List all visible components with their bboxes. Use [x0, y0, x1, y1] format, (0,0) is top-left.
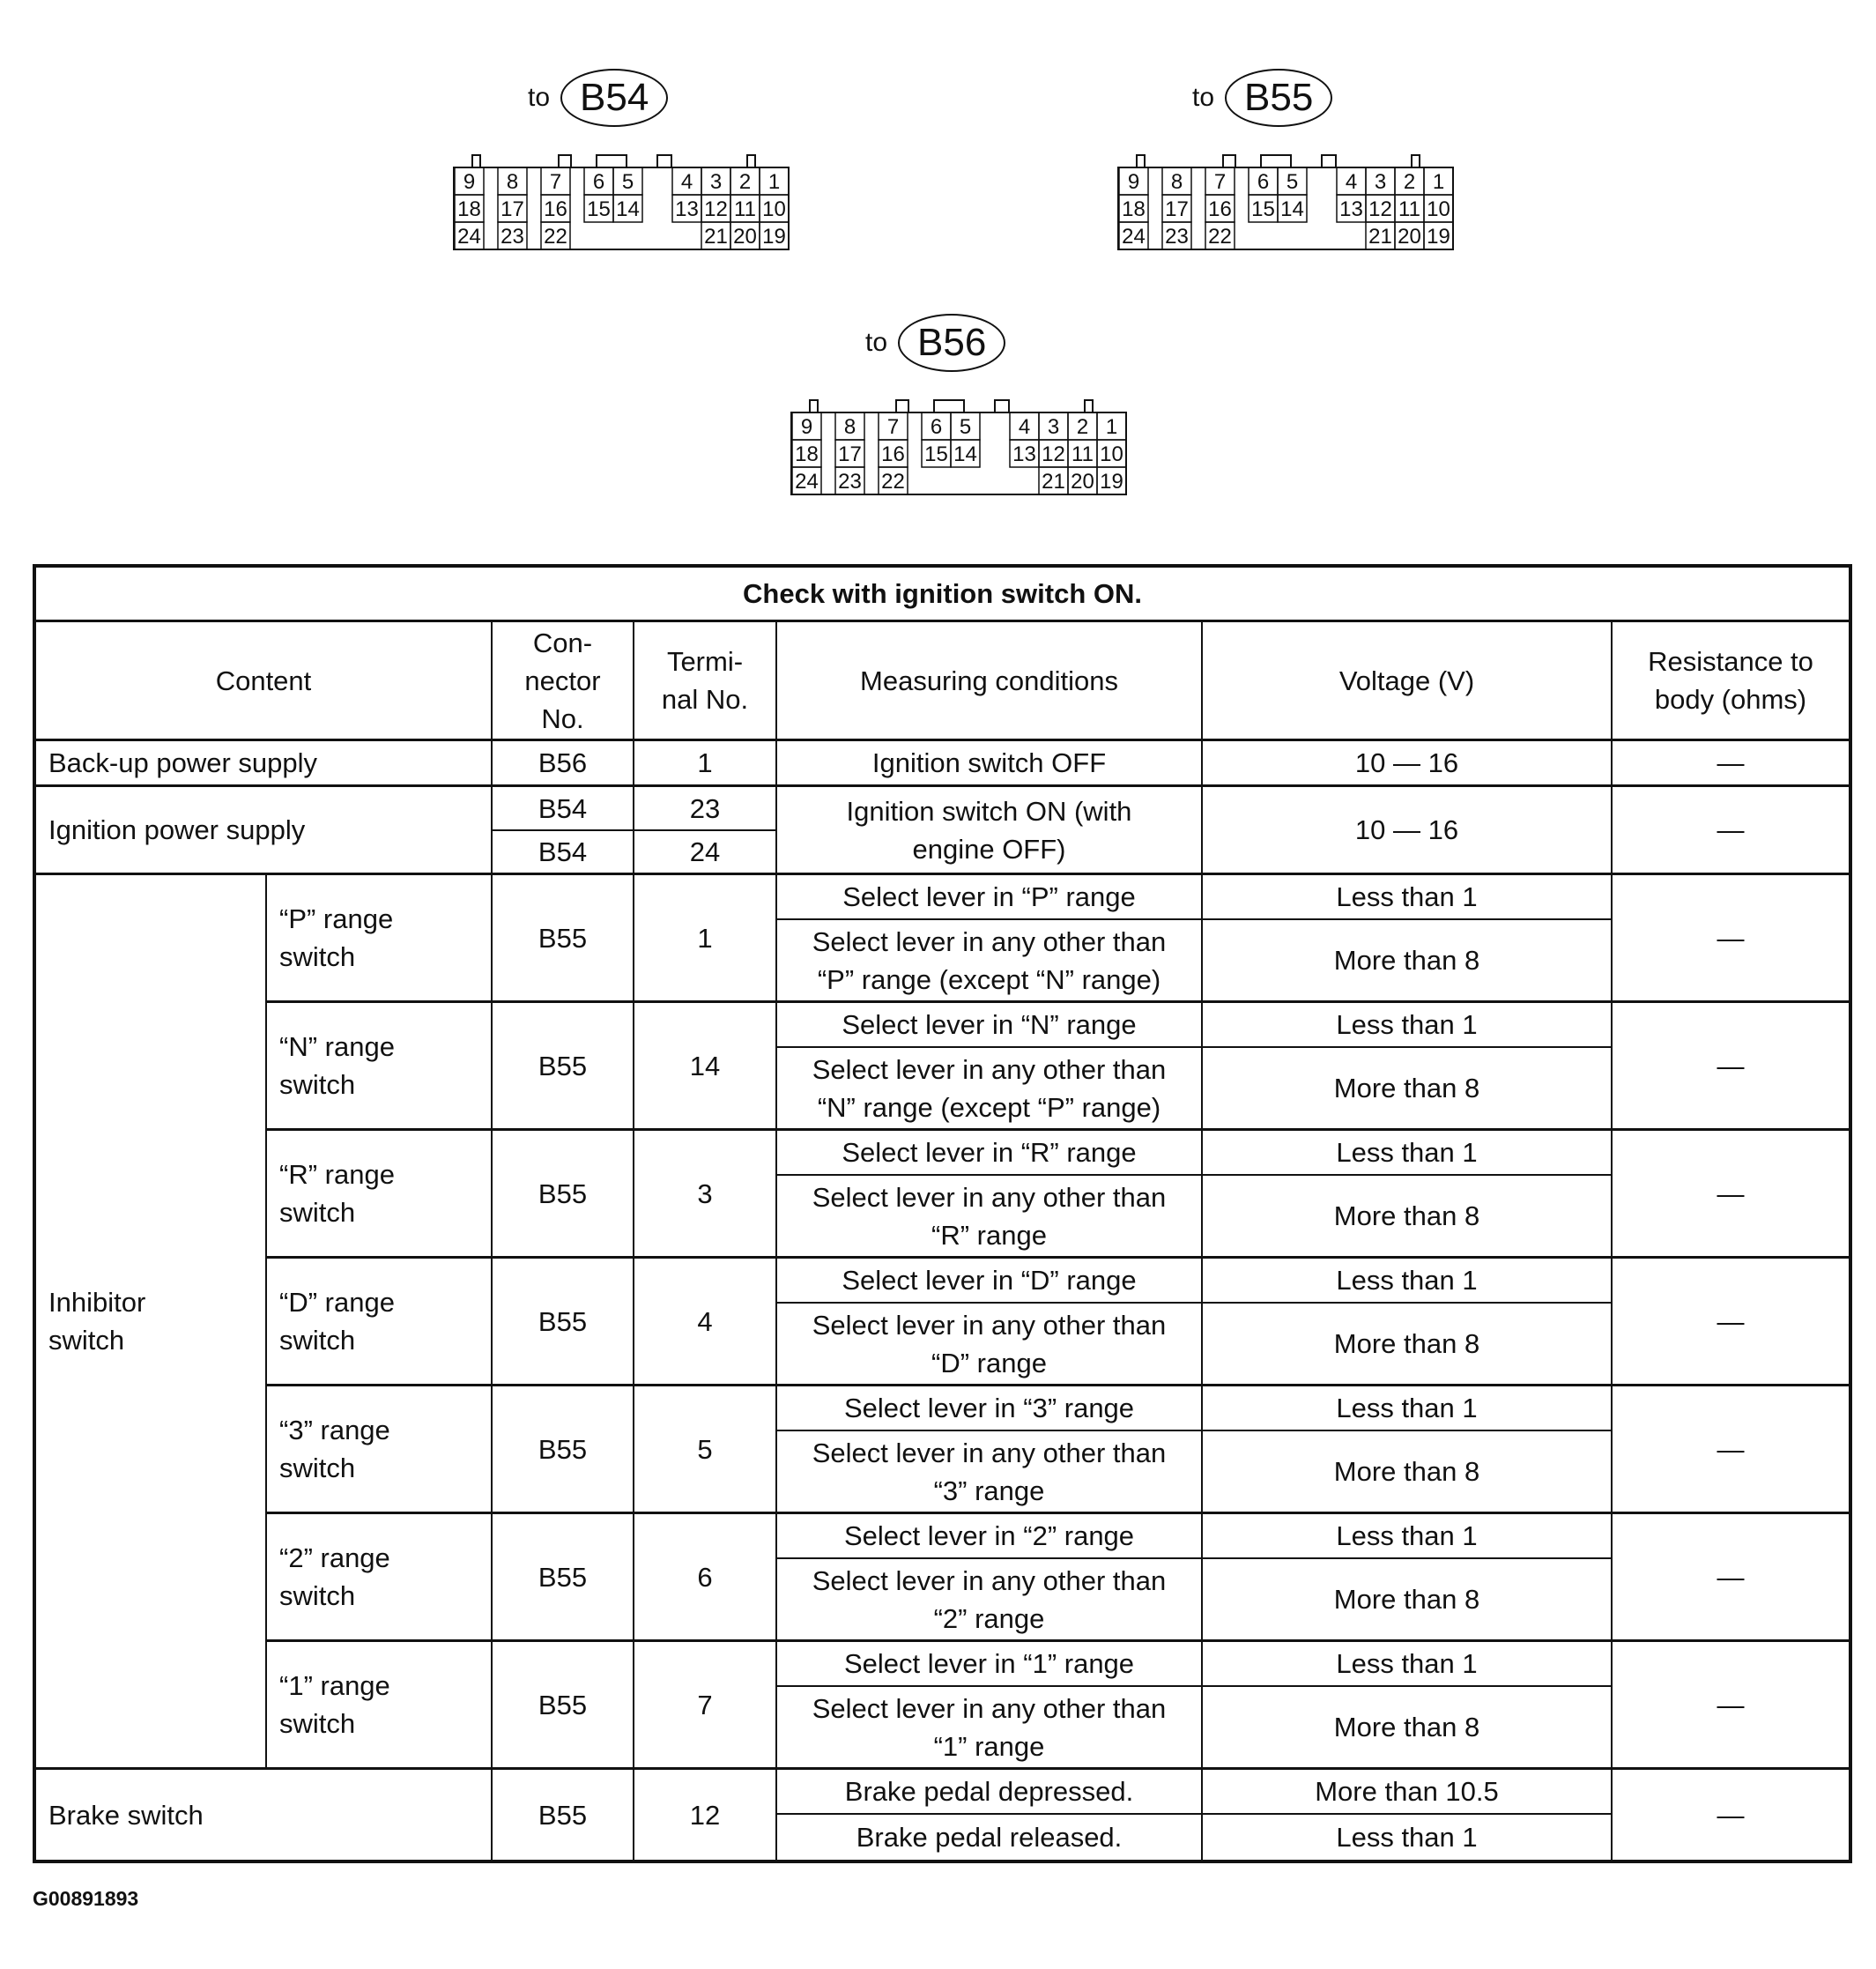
connector-label: to B55	[1192, 69, 1332, 127]
range-voltage-other: More than 8	[1203, 920, 1613, 1003]
connector-label: to B56	[865, 314, 1005, 372]
svg-text:23: 23	[501, 225, 524, 249]
range-switch-name: “2” range switch	[267, 1514, 493, 1642]
connector-id-badge: B54	[560, 69, 668, 127]
row-ignition-voltage: 10 — 16	[1203, 787, 1613, 875]
svg-text:17: 17	[501, 197, 524, 221]
range-switch-terminal: 6	[634, 1514, 777, 1642]
brake-switch-terminal: 12	[634, 1770, 777, 1860]
svg-text:15: 15	[1251, 197, 1275, 221]
range-switch-resistance: —	[1613, 1259, 1849, 1386]
range-switch-name: “3” range switch	[267, 1386, 493, 1514]
range-switch-resistance: —	[1613, 875, 1849, 1003]
header-content: Content	[36, 622, 493, 741]
svg-text:12: 12	[1042, 442, 1065, 466]
row-ignition-connector: B54	[493, 831, 634, 875]
svg-text:5: 5	[1287, 170, 1298, 194]
svg-text:1: 1	[1106, 415, 1117, 439]
svg-text:2: 2	[1077, 415, 1088, 439]
svg-text:8: 8	[1171, 170, 1183, 194]
range-condition-selected: Select lever in “2” range	[777, 1514, 1203, 1559]
range-condition-selected: Select lever in “3” range	[777, 1386, 1203, 1431]
row-ignition-connector: B54	[493, 787, 634, 831]
svg-text:9: 9	[801, 415, 812, 439]
range-switch-name: “1” range switch	[267, 1642, 493, 1770]
svg-text:7: 7	[887, 415, 899, 439]
svg-text:8: 8	[844, 415, 856, 439]
range-switch-terminal: 1	[634, 875, 777, 1003]
range-condition-selected: Select lever in “D” range	[777, 1259, 1203, 1304]
range-switch-terminal: 14	[634, 1003, 777, 1131]
row-backup-connector: B56	[493, 741, 634, 787]
brake-voltage-depressed: More than 10.5	[1203, 1770, 1613, 1815]
range-voltage-other: More than 8	[1203, 1304, 1613, 1386]
range-switch-connector: B55	[493, 875, 634, 1003]
figure-id: G00891893	[33, 1887, 138, 1911]
svg-text:7: 7	[1214, 170, 1226, 194]
svg-text:14: 14	[953, 442, 977, 466]
connector-id-badge: B55	[1225, 69, 1332, 127]
svg-text:4: 4	[681, 170, 693, 194]
range-switch-connector: B55	[493, 1642, 634, 1770]
range-condition-selected: Select lever in “1” range	[777, 1642, 1203, 1687]
connector-id-badge: B56	[898, 314, 1005, 372]
svg-text:24: 24	[795, 470, 819, 494]
svg-text:6: 6	[593, 170, 604, 194]
svg-text:10: 10	[762, 197, 786, 221]
svg-text:21: 21	[704, 225, 728, 249]
svg-text:12: 12	[704, 197, 728, 221]
range-switch-terminal: 4	[634, 1259, 777, 1386]
range-condition-other: Select lever in any other than “2” range	[777, 1559, 1203, 1642]
header-measuring-conditions: Measuring conditions	[777, 622, 1203, 741]
svg-text:10: 10	[1427, 197, 1450, 221]
svg-text:9: 9	[1128, 170, 1139, 194]
range-voltage-other: More than 8	[1203, 1176, 1613, 1259]
range-condition-other: Select lever in any other than “N” range…	[777, 1048, 1203, 1131]
svg-text:22: 22	[1208, 225, 1232, 249]
svg-text:12: 12	[1368, 197, 1392, 221]
svg-text:21: 21	[1368, 225, 1392, 249]
svg-text:16: 16	[881, 442, 905, 466]
range-condition-other: Select lever in any other than “1” range	[777, 1687, 1203, 1770]
svg-text:22: 22	[881, 470, 905, 494]
range-switch-terminal: 3	[634, 1131, 777, 1259]
connector-label: to B54	[528, 69, 668, 127]
svg-text:2: 2	[1404, 170, 1415, 194]
svg-text:13: 13	[1339, 197, 1363, 221]
svg-text:16: 16	[544, 197, 567, 221]
svg-text:6: 6	[1257, 170, 1269, 194]
row-ignition-terminal: 24	[634, 831, 777, 875]
range-switch-resistance: —	[1613, 1386, 1849, 1514]
svg-text:18: 18	[795, 442, 819, 466]
svg-text:19: 19	[1100, 470, 1123, 494]
svg-text:3: 3	[1048, 415, 1059, 439]
range-switch-connector: B55	[493, 1131, 634, 1259]
table-title: Check with ignition switch ON.	[36, 568, 1849, 622]
svg-text:17: 17	[838, 442, 862, 466]
svg-text:22: 22	[544, 225, 567, 249]
range-voltage-selected: Less than 1	[1203, 1131, 1613, 1176]
svg-text:20: 20	[733, 225, 757, 249]
range-switch-resistance: —	[1613, 1003, 1849, 1131]
range-condition-other: Select lever in any other than “D” range	[777, 1304, 1203, 1386]
svg-text:11: 11	[1071, 442, 1094, 466]
svg-text:24: 24	[1122, 225, 1146, 249]
row-ignition-terminal: 23	[634, 787, 777, 831]
svg-text:4: 4	[1019, 415, 1030, 439]
svg-text:9: 9	[463, 170, 475, 194]
header-terminal-no: Termi- nal No.	[634, 622, 777, 741]
connector-prefix: to	[528, 83, 550, 113]
table-grid: ContentCon- nector No.Termi- nal No.Meas…	[36, 622, 1849, 1860]
row-backup-voltage: 10 — 16	[1203, 741, 1613, 787]
row-backup-content: Back-up power supply	[36, 741, 493, 787]
row-ignition-condition: Ignition switch ON (with engine OFF)	[777, 787, 1203, 875]
svg-text:11: 11	[734, 197, 756, 221]
svg-text:17: 17	[1165, 197, 1189, 221]
svg-text:24: 24	[457, 225, 481, 249]
range-switch-terminal: 5	[634, 1386, 777, 1514]
range-voltage-selected: Less than 1	[1203, 1259, 1613, 1304]
brake-switch-label: Brake switch	[36, 1770, 493, 1860]
svg-text:14: 14	[1280, 197, 1304, 221]
svg-text:20: 20	[1398, 225, 1421, 249]
range-voltage-selected: Less than 1	[1203, 1514, 1613, 1559]
svg-text:21: 21	[1042, 470, 1065, 494]
brake-voltage-released: Less than 1	[1203, 1815, 1613, 1860]
range-voltage-other: More than 8	[1203, 1048, 1613, 1131]
header-resistance: Resistance to body (ohms)	[1613, 622, 1849, 741]
brake-condition-depressed: Brake pedal depressed.	[777, 1770, 1203, 1815]
range-switch-resistance: —	[1613, 1131, 1849, 1259]
range-switch-connector: B55	[493, 1514, 634, 1642]
range-switch-name: “R” range switch	[267, 1131, 493, 1259]
svg-text:4: 4	[1346, 170, 1357, 194]
connector-pin-layout: 987654321181716151413121110242322212019	[1117, 155, 1443, 243]
range-switch-resistance: —	[1613, 1514, 1849, 1642]
svg-text:3: 3	[1375, 170, 1386, 194]
svg-text:5: 5	[960, 415, 971, 439]
svg-text:10: 10	[1100, 442, 1123, 466]
range-voltage-other: More than 8	[1203, 1431, 1613, 1514]
svg-text:8: 8	[507, 170, 518, 194]
range-condition-other: Select lever in any other than “P” range…	[777, 920, 1203, 1003]
header-connector-no: Con- nector No.	[493, 622, 634, 741]
connector-prefix: to	[865, 328, 887, 358]
range-condition-other: Select lever in any other than “3” range	[777, 1431, 1203, 1514]
inhibitor-switch-label: Inhibitor switch	[36, 875, 267, 1770]
row-ignition-resistance: —	[1613, 787, 1849, 875]
svg-text:7: 7	[550, 170, 561, 194]
connector-diagram-b54: to B54 987654321181716151413121110242322…	[453, 69, 779, 245]
header-voltage: Voltage (V)	[1203, 622, 1613, 741]
range-voltage-selected: Less than 1	[1203, 1642, 1613, 1687]
svg-text:1: 1	[768, 170, 780, 194]
inspection-table: Check with ignition switch ON. ContentCo…	[33, 564, 1852, 1863]
svg-text:3: 3	[710, 170, 722, 194]
range-voltage-selected: Less than 1	[1203, 1386, 1613, 1431]
connector-prefix: to	[1192, 83, 1214, 113]
brake-condition-released: Brake pedal released.	[777, 1815, 1203, 1860]
svg-text:18: 18	[457, 197, 481, 221]
range-voltage-selected: Less than 1	[1203, 1003, 1613, 1048]
range-switch-name: “D” range switch	[267, 1259, 493, 1386]
range-condition-selected: Select lever in “N” range	[777, 1003, 1203, 1048]
range-switch-connector: B55	[493, 1259, 634, 1386]
svg-text:13: 13	[1012, 442, 1036, 466]
connector-pin-layout: 987654321181716151413121110242322212019	[790, 400, 1116, 488]
brake-switch-resistance: —	[1613, 1770, 1849, 1860]
range-voltage-other: More than 8	[1203, 1559, 1613, 1642]
svg-text:23: 23	[838, 470, 862, 494]
brake-switch-connector: B55	[493, 1770, 634, 1860]
svg-text:23: 23	[1165, 225, 1189, 249]
svg-text:15: 15	[587, 197, 611, 221]
svg-text:15: 15	[924, 442, 948, 466]
range-voltage-other: More than 8	[1203, 1687, 1613, 1770]
connector-diagram-b55: to B55 987654321181716151413121110242322…	[1117, 69, 1443, 245]
range-switch-connector: B55	[493, 1386, 634, 1514]
range-voltage-selected: Less than 1	[1203, 875, 1613, 920]
row-ignition-content: Ignition power supply	[36, 787, 493, 875]
svg-text:14: 14	[616, 197, 640, 221]
svg-text:1: 1	[1433, 170, 1444, 194]
range-switch-connector: B55	[493, 1003, 634, 1131]
svg-text:6: 6	[931, 415, 942, 439]
svg-text:5: 5	[622, 170, 634, 194]
svg-text:13: 13	[675, 197, 699, 221]
range-condition-selected: Select lever in “R” range	[777, 1131, 1203, 1176]
row-backup-resistance: —	[1613, 741, 1849, 787]
range-switch-name: “N” range switch	[267, 1003, 493, 1131]
range-condition-other: Select lever in any other than “R” range	[777, 1176, 1203, 1259]
range-switch-terminal: 7	[634, 1642, 777, 1770]
row-backup-terminal: 1	[634, 741, 777, 787]
svg-text:18: 18	[1122, 197, 1146, 221]
connector-diagram-b56: to B56 987654321181716151413121110242322…	[790, 314, 1116, 490]
svg-text:20: 20	[1071, 470, 1094, 494]
range-switch-resistance: —	[1613, 1642, 1849, 1770]
svg-text:19: 19	[1427, 225, 1450, 249]
range-switch-name: “P” range switch	[267, 875, 493, 1003]
svg-text:16: 16	[1208, 197, 1232, 221]
row-backup-condition: Ignition switch OFF	[777, 741, 1203, 787]
range-condition-selected: Select lever in “P” range	[777, 875, 1203, 920]
svg-text:2: 2	[739, 170, 751, 194]
svg-text:11: 11	[1398, 197, 1420, 221]
connector-pin-layout: 987654321181716151413121110242322212019	[453, 155, 779, 243]
svg-text:19: 19	[762, 225, 786, 249]
